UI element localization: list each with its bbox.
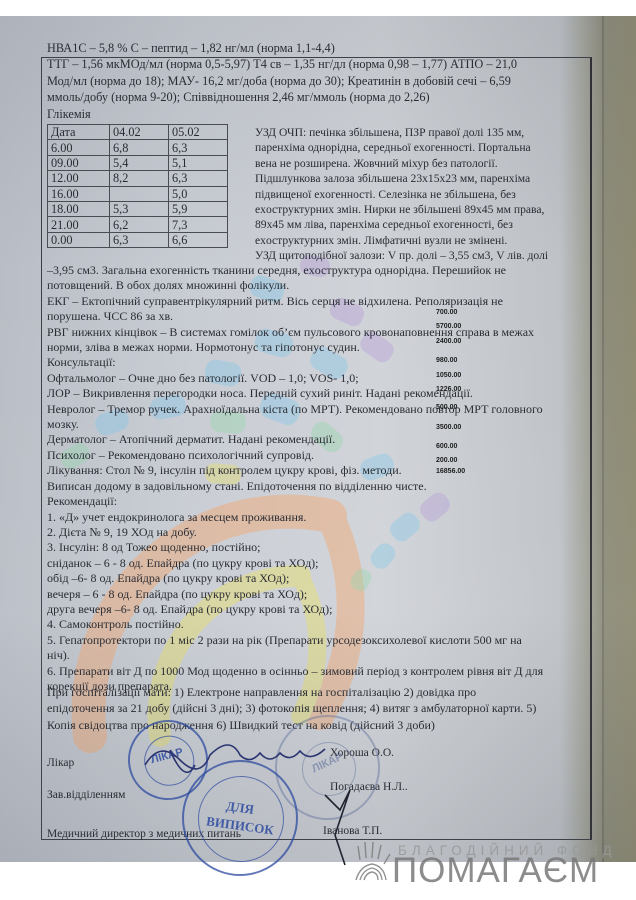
lab-results: НВА1С – 5,8 % С – пептид – 1,82 нг/мл (н… [47, 40, 517, 122]
ultrasound-line: exоструктурних змін. Лімфатичні вузли не… [255, 233, 548, 248]
body-line: Психолог – Рекомендовано психологічний с… [47, 448, 543, 463]
table-cell: 7,3 [169, 217, 228, 232]
table-cell: 09.00 [48, 155, 110, 170]
table-header-row: Дата 04.02 05.02 [48, 125, 228, 140]
body-line: 3. Інсулін: 8 од Тожео щоденно, постійно… [47, 540, 543, 555]
amount: 980.00 [436, 357, 457, 364]
body-line: ЛОР – Викривлення перегородки носа. Пере… [47, 386, 543, 401]
amount-total: 16856.00 [436, 468, 465, 475]
table-row: 0.006,36,6 [48, 232, 228, 247]
table-cell: 5,4 [110, 155, 169, 170]
amount: 200.00 [436, 457, 457, 464]
body-line: мозку. [47, 417, 543, 432]
recommendations-heading: Рекомендації: [47, 494, 543, 509]
table-header: Дата [48, 125, 110, 140]
table-cell: 6,3 [110, 232, 169, 247]
table-cell [110, 186, 169, 201]
table-cell: 12.00 [48, 171, 110, 186]
body-line: вечеря – 6 - 8 од. Епайдра (по цукру кро… [47, 587, 543, 602]
table-header: 04.02 [110, 125, 169, 140]
amount: 2400.00 [436, 338, 461, 345]
amount: 600.00 [436, 443, 457, 450]
charity-fund-name: ПОМАГАЄМ [392, 852, 599, 890]
table-cell: 6,8 [110, 140, 169, 155]
body-line: 1. «Д» учет ендокринолога за месцем прож… [47, 510, 543, 525]
lab-line: ммоль/добу (норма 9-20); Співвідношення … [47, 89, 517, 105]
ultrasound-line: вена не розширена. Жовчний міхур без пат… [255, 156, 548, 171]
body-line: Невролог – Тремор ручек. Арахноїдальна к… [47, 402, 543, 417]
table-cell: 5,1 [169, 155, 228, 170]
body-line: Дерматолог – Атопічний дерматит. Надані … [47, 432, 543, 447]
table-row: 18.005,35,9 [48, 201, 228, 216]
table-cell: 8,2 [110, 171, 169, 186]
table-cell: 5,3 [110, 201, 169, 216]
page-edge [602, 16, 604, 862]
table-row: 6.006,86,3 [48, 140, 228, 155]
ultrasound-line: 89х45 мм ліва, паренхіма середньої exоге… [255, 217, 548, 232]
body-line: 5. Гепатопротектори по 1 міс 2 рази на р… [47, 633, 543, 648]
body-line: Офтальмолог – Очне дно без патології. VO… [47, 371, 543, 386]
body-line: Виписан додому в задовільному стані. Епі… [47, 479, 543, 494]
lab-line: Мод/мл (норма до 18); МАУ- 16,2 мг/доба … [47, 73, 517, 89]
body-line: порушена. ЧСС 86 за хв. [47, 309, 543, 324]
consultations-heading: Консультації: [47, 355, 543, 370]
table-cell: 21.00 [48, 217, 110, 232]
lab-line: НВА1С – 5,8 % С – пептид – 1,82 нг/мл (н… [47, 40, 517, 56]
body-line: ЕКГ – Ектопічний суправентрікулярний рит… [47, 294, 543, 309]
body-line: ніч). [47, 648, 543, 663]
body-line: 6. Препарати віт Д по 1000 Мод щоденно в… [47, 664, 543, 679]
table-cell: 6.00 [48, 140, 110, 155]
ultrasound-line: підвищеної exогенності. Селезінка не збі… [255, 187, 548, 202]
body-line: 4. Самоконтроль постійно. [47, 617, 543, 632]
table-cell: 6,3 [169, 171, 228, 186]
lab-line: ТТГ – 1,56 мкМОд/мл (норма 0,5-5,97) Т4 … [47, 56, 517, 72]
ultrasound-section: УЗД ОЧП: печінка збільшена, ПЗР правої д… [255, 125, 548, 264]
table-cell: 0.00 [48, 232, 110, 247]
amount: 5700.00 [436, 323, 461, 330]
body-line: РВГ нижних кінцівок – В системах гомілок… [47, 325, 543, 340]
body-line: 2. Дієта № 9, 19 ХОд на добу. [47, 525, 543, 540]
glycemia-heading: Глікемія [47, 106, 517, 122]
table-cell: 6,3 [169, 140, 228, 155]
amount: 1226.00 [436, 386, 461, 393]
table-cell: 5,0 [169, 186, 228, 201]
ultrasound-line: УЗД ОЧП: печінка збільшена, ПЗР правої д… [255, 125, 548, 140]
body-line: –3,95 см3. Загальна exогенність тканини … [47, 263, 543, 278]
table-cell: 6,2 [110, 217, 169, 232]
hospitalization-section: При госпіталізації мати: 1) Електроне на… [47, 684, 536, 733]
ultrasound-line: УЗД щитоподібної залози: V пр. долі – 3,… [255, 248, 548, 263]
hospitalization-line: епідоточення за 21 добу (дійсні 3 дні); … [47, 700, 536, 716]
amount: 500.00 [436, 404, 457, 411]
main-body: –3,95 см3. Загальна exогенність тканини … [47, 263, 543, 694]
table-cell: 6,6 [169, 232, 228, 247]
glycemia-table: Дата 04.02 05.02 6.006,86,3 09.005,45,1 … [47, 124, 228, 248]
signature-role-head: Зав.відділенням [47, 787, 125, 803]
table-header: 05.02 [169, 125, 228, 140]
table-cell: 5,9 [169, 201, 228, 216]
table-row: 21.006,27,3 [48, 217, 228, 232]
table-row: 16.005,0 [48, 186, 228, 201]
ultrasound-line: Підшлункова залоза збільшена 23х15х23 мм… [255, 171, 548, 186]
ultrasound-line: паренхіма однорідна, середньої exогеннос… [255, 140, 548, 155]
body-line: обід –6- 8 од. Епайдра (по цукру крові т… [47, 571, 543, 586]
amount: 3500.00 [436, 424, 461, 431]
body-line: сніданок – 6 - 8 од. Епайдра (по цукру к… [47, 556, 543, 571]
table-row: 09.005,45,1 [48, 155, 228, 170]
amount: 700.00 [436, 309, 457, 316]
body-line: норми, зліва в межах норми. Нормотонус т… [47, 340, 543, 355]
table-cell: 18.00 [48, 201, 110, 216]
ultrasound-line: exоструктурних змін. Нирки не збільшені … [255, 202, 548, 217]
body-line: Лікування: Стол № 9, інсулін під контрол… [47, 463, 543, 478]
amount: 1050.00 [436, 372, 461, 379]
table-cell: 16.00 [48, 186, 110, 201]
hand-fingerprint-icon [350, 840, 394, 886]
body-line: друга вечеря –6- 8 од. Епайдра (по цукру… [47, 602, 543, 617]
signature-role-doctor: Лікар [47, 755, 74, 771]
body-line: потовщений. В обох долях множинні фоліку… [47, 278, 543, 293]
table-row: 12.008,26,3 [48, 171, 228, 186]
hospitalization-line: При госпіталізації мати: 1) Електроне на… [47, 684, 536, 700]
